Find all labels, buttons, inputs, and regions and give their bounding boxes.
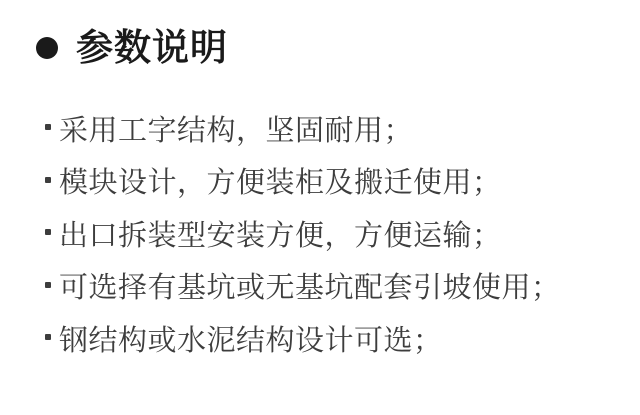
- section-heading: 参数说明: [36, 26, 620, 70]
- list-item-text: 可选择有基坑或无基坑配套引坡使用；: [59, 265, 561, 306]
- list-item: 采用工字结构，坚固耐用；: [36, 102, 620, 155]
- page-title: 参数说明: [76, 26, 228, 70]
- list-item: 出口拆装型安装方便，方便运输；: [36, 207, 620, 260]
- dot-bullet-icon: [45, 229, 51, 235]
- circle-bullet-icon: [36, 37, 58, 59]
- list-item-text: 采用工字结构，坚固耐用；: [59, 108, 413, 149]
- dot-bullet-icon: [45, 124, 51, 130]
- list-item: 可选择有基坑或无基坑配套引坡使用；: [36, 260, 620, 313]
- dot-bullet-icon: [45, 282, 51, 288]
- dot-bullet-icon: [45, 177, 51, 183]
- list-item-text: 钢结构或水泥结构设计可选；: [59, 318, 443, 359]
- list-item-text: 模块设计，方便装柜及搬迁使用；: [59, 160, 502, 201]
- list-item-text: 出口拆装型安装方便，方便运输；: [59, 213, 502, 254]
- list-item: 钢结构或水泥结构设计可选；: [36, 312, 620, 365]
- spec-section: 参数说明 采用工字结构，坚固耐用； 模块设计，方便装柜及搬迁使用； 出口拆装型安…: [0, 0, 640, 365]
- list-item: 模块设计，方便装柜及搬迁使用；: [36, 155, 620, 208]
- dot-bullet-icon: [45, 334, 51, 340]
- spec-list: 采用工字结构，坚固耐用； 模块设计，方便装柜及搬迁使用； 出口拆装型安装方便，方…: [36, 102, 620, 365]
